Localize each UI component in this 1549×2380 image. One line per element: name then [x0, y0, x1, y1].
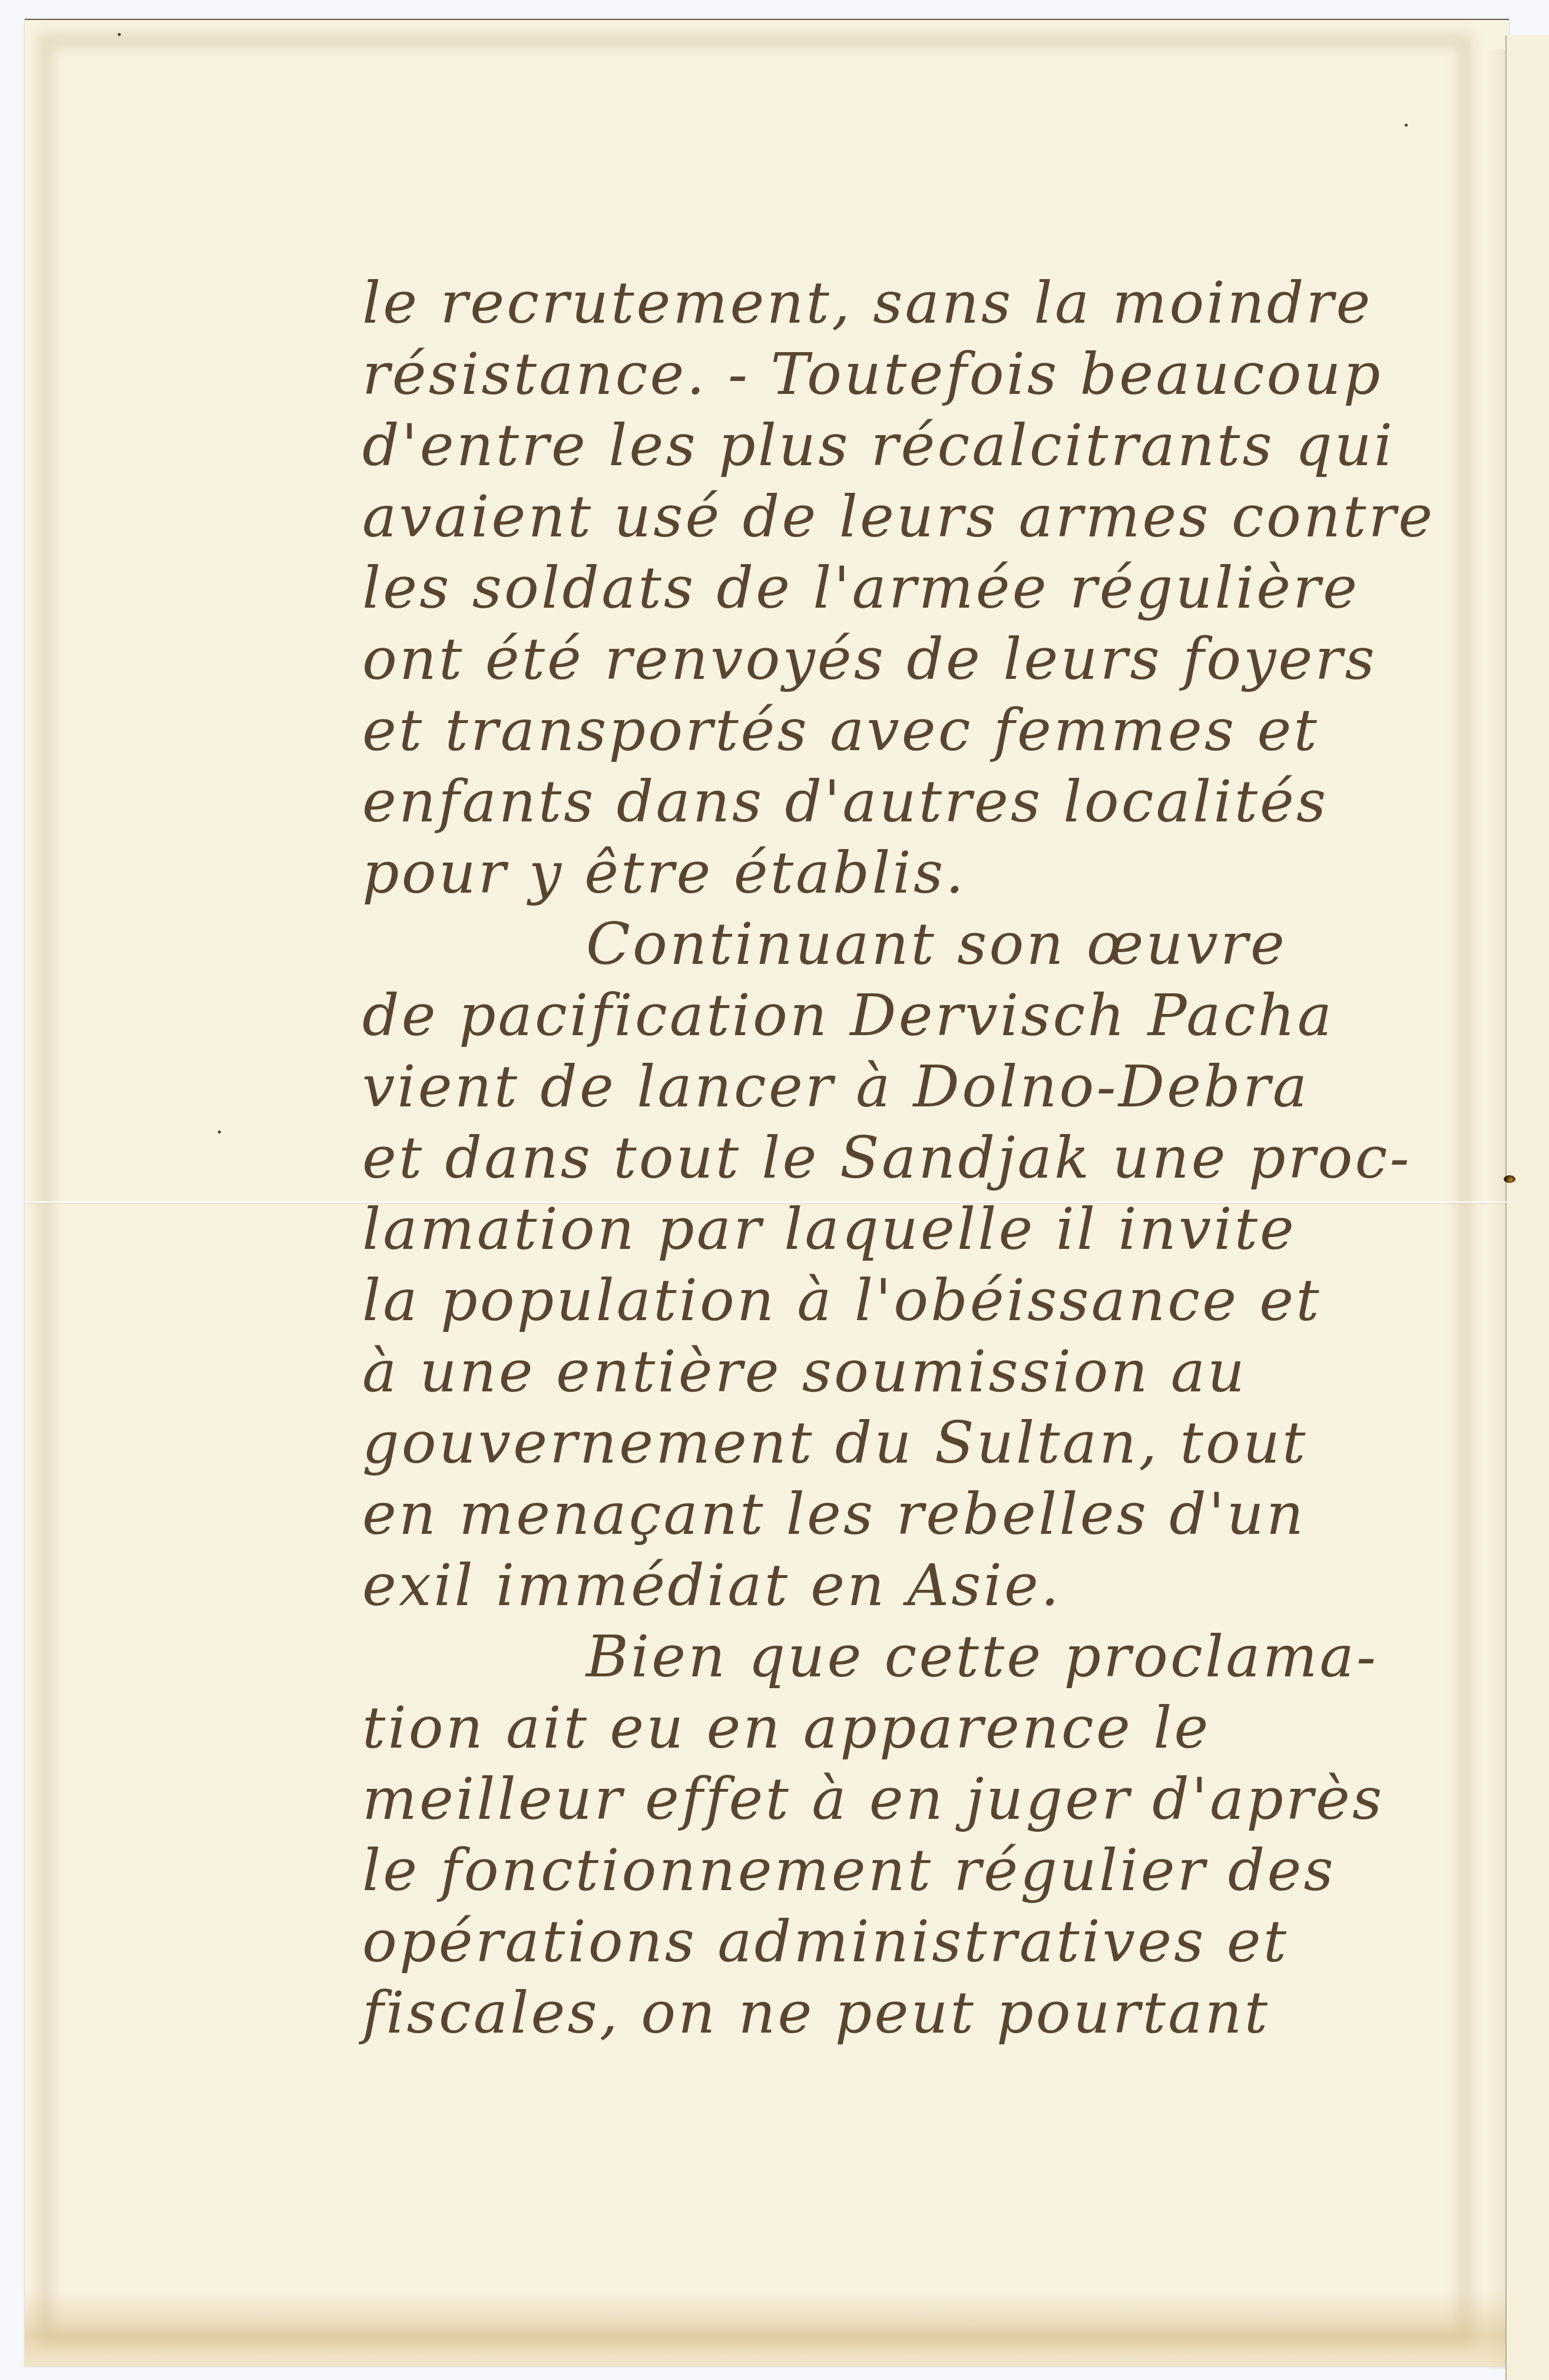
text-line: opérations administratives et — [362, 1907, 1481, 1978]
text-line: gouvernement du Sultan, tout — [362, 1408, 1481, 1479]
text-line: enfants dans d'autres localités — [362, 767, 1481, 838]
text-line: tion ait eu en apparence le — [362, 1693, 1481, 1764]
text-line: meilleur effet à en juger d'après — [362, 1764, 1481, 1835]
paper-speck — [118, 33, 121, 36]
adjacent-page-edge — [1505, 35, 1549, 2380]
binding-hole — [1504, 1175, 1515, 1183]
text-line: d'entre les plus récalcitrants qui — [362, 410, 1481, 482]
text-line: à une entière soumission au — [362, 1337, 1481, 1408]
text-line: vient de lancer à Dolno-Debra — [362, 1052, 1481, 1123]
text-line: exil immédiat en Asie. — [362, 1550, 1481, 1622]
text-line: de pacification Dervisch Pacha — [362, 980, 1481, 1052]
text-line: pour y être établis. — [362, 838, 1481, 909]
text-line: en menaçant les rebelles d'un — [362, 1479, 1481, 1550]
text-line: et transportés avec femmes et — [362, 695, 1481, 767]
text-line: avaient usé de leurs armes contre — [362, 482, 1481, 553]
text-line: la population à l'obéissance et — [362, 1265, 1481, 1337]
text-line: lamation par laquelle il invite — [362, 1194, 1481, 1265]
text-line: et dans tout le Sandjak une proc- — [362, 1123, 1481, 1194]
paper-speck — [218, 1131, 221, 1133]
text-line: le fonctionnement régulier des — [362, 1835, 1481, 1907]
text-line: les soldats de l'armée régulière — [362, 553, 1481, 624]
text-line: ont été renvoyés de leurs foyers — [362, 624, 1481, 695]
paragraph-start-line: Bien que cette proclama- — [362, 1622, 1481, 1693]
paper-speck — [1405, 124, 1408, 127]
text-line: le recrutement, sans la moindre — [362, 268, 1481, 339]
text-line: résistance. - Toutefois beaucoup — [362, 339, 1481, 410]
manuscript-text: le recrutement, sans la moindre résistan… — [362, 268, 1481, 2049]
text-line: fiscales, on ne peut pourtant — [362, 1978, 1481, 2049]
paragraph-start-line: Continuant son œuvre — [362, 909, 1481, 980]
